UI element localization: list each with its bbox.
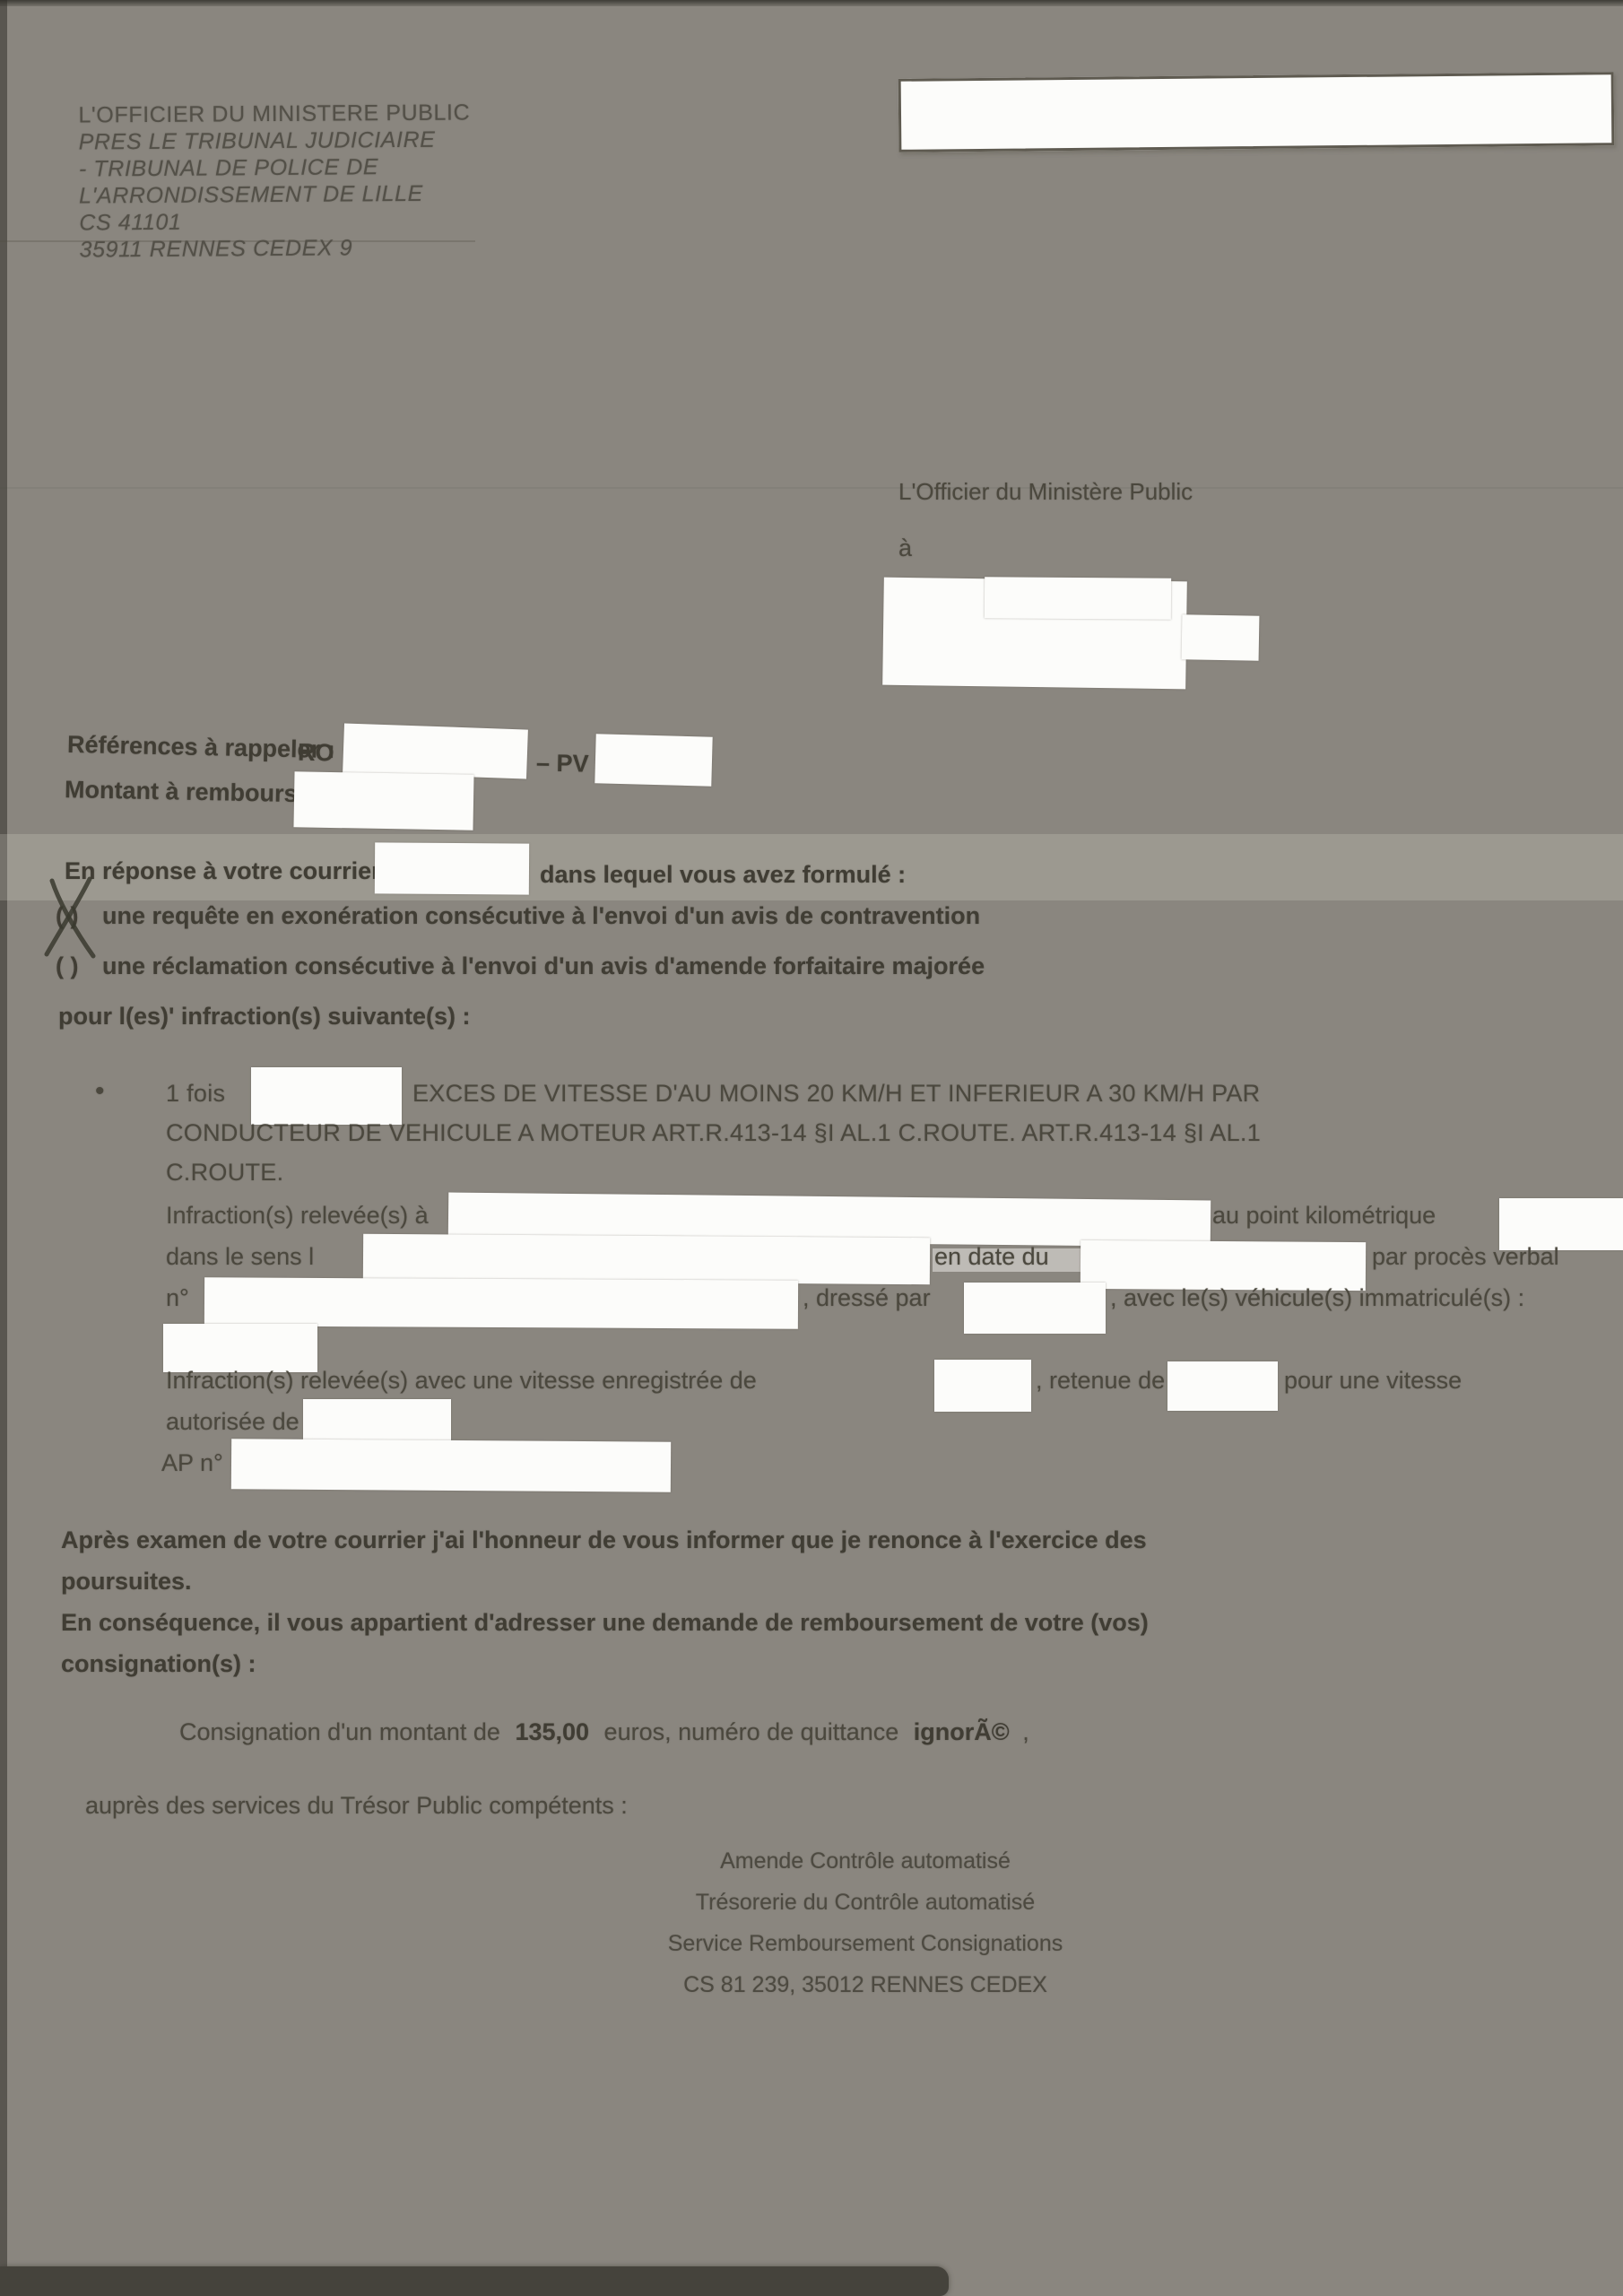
sender-line: - TRIBUNAL DE POLICE DE	[79, 152, 471, 182]
redaction-box-courrier-date	[375, 842, 529, 894]
scan-edge-left	[0, 0, 7, 2296]
redaction-box-report-number	[204, 1277, 798, 1328]
sender-line: PRES LE TRIBUNAL JUDICIAIRE	[79, 126, 471, 155]
decision-line3: En conséquence, il vous appartient d'adr…	[61, 1609, 1149, 1637]
treasury-line: CS 81 239, 35012 RENNES CEDEX	[386, 1964, 1345, 2005]
redaction-box-natinf	[251, 1067, 402, 1125]
treasury-address-block: Amende Contrôle automatisé Trésorerie du…	[386, 1840, 1345, 2005]
speed-authorized-label: autorisée de	[166, 1408, 299, 1436]
by-report-label: par procès verbal	[1372, 1243, 1559, 1271]
consignment-text: Consignation d'un montant de	[179, 1718, 500, 1745]
scan-line-middle	[0, 487, 1623, 489]
response-before: En réponse à votre courrier	[65, 857, 381, 885]
recipient-prefix: à	[898, 535, 912, 562]
officer-title: L'Officier du Ministère Public	[898, 479, 1193, 506]
sender-line: CS 41101	[79, 206, 471, 236]
redaction-box-plate	[163, 1324, 317, 1372]
infraction-title-line1: EXCES DE VITESSE D'AU MOINS 20 KM/H ET I…	[412, 1080, 1261, 1108]
consignment-text: euros, numéro de quittance	[604, 1718, 899, 1745]
redaction-box-envelope-window	[898, 72, 1615, 152]
report-number-label: n°	[166, 1284, 189, 1312]
redaction-box-recipient	[1182, 614, 1260, 660]
sender-line: 35911 RENNES CEDEX 9	[79, 233, 471, 263]
drawn-by-label: , dressé par	[803, 1284, 931, 1312]
speed-for-label: pour une vitesse	[1284, 1367, 1462, 1395]
redaction-box-speed-recorded	[934, 1360, 1031, 1412]
direction-label: dans le sens l	[166, 1243, 314, 1271]
references-label: Références à rappeler :	[67, 731, 335, 764]
sender-line: L'ARRONDISSEMENT DE LILLE	[79, 179, 471, 209]
infraction-title-line3: C.ROUTE.	[166, 1159, 283, 1187]
scan-edge-top	[0, 0, 1623, 6]
located-at-label: Infraction(s) relevée(s) à	[166, 1202, 429, 1230]
redaction-box-ap-number	[231, 1439, 671, 1492]
at-km-label: au point kilométrique	[1212, 1202, 1436, 1230]
closing-line: auprès des services du Trésor Public com…	[85, 1792, 628, 1820]
bullet-icon: •	[95, 1076, 105, 1108]
redaction-box-recipient	[985, 577, 1171, 619]
sender-address-block: L'OFFICIER DU MINISTERE PUBLIC PRES LE T…	[78, 99, 471, 263]
redaction-box-direction	[363, 1234, 930, 1284]
decision-line2: poursuites.	[61, 1568, 192, 1596]
on-date-label: en date du	[934, 1243, 1049, 1271]
treasury-line: Amende Contrôle automatisé	[386, 1840, 1345, 1882]
response-after: dans lequel vous avez formulé :	[540, 861, 906, 889]
option1-text: une requête en exonération consécutive à…	[102, 902, 980, 930]
for-infractions-line: pour l(es)' infraction(s) suivante(s) :	[58, 1003, 470, 1031]
consignment-line: Consignation d'un montant de 135,00 euro…	[179, 1718, 1029, 1746]
references-ro-label: RO	[298, 739, 334, 768]
redaction-box-speed-retained	[1167, 1361, 1278, 1411]
scan-smudge-bottom	[0, 2266, 949, 2296]
redaction-box-ro-number	[343, 723, 528, 778]
consignment-receipt-number: ignorÃ©	[914, 1718, 1010, 1745]
with-vehicles-label: , avec le(s) véhicule(s) immatriculé(s) …	[1110, 1284, 1524, 1312]
redaction-box-pv-number	[595, 734, 712, 786]
treasury-line: Trésorerie du Contrôle automatisé	[386, 1882, 1345, 1923]
consignment-trailing: ,	[1022, 1718, 1029, 1745]
infraction-count: 1 fois	[166, 1080, 225, 1108]
option2-text: une réclamation consécutive à l'envoi d'…	[102, 952, 985, 980]
speed-recorded-label: Infraction(s) relevée(s) avec une vitess…	[166, 1367, 757, 1395]
references-pv-label: – PV	[536, 749, 589, 778]
decision-line4: consignation(s) :	[61, 1650, 256, 1678]
consignment-amount: 135,00	[515, 1718, 589, 1745]
treasury-line: Service Remboursement Consignations	[386, 1923, 1345, 1964]
redaction-box-authority	[964, 1283, 1106, 1334]
decision-line1: Après examen de votre courrier j'ai l'ho…	[61, 1526, 1147, 1554]
redaction-box-amount	[293, 771, 473, 830]
ap-number-label: AP n°	[161, 1449, 223, 1477]
redaction-box-date	[1081, 1240, 1366, 1291]
speed-retained-label: , retenue de	[1036, 1367, 1165, 1395]
infraction-title-line2: CONDUCTEUR DE VEHICULE A MOTEUR ART.R.41…	[166, 1119, 1261, 1147]
sender-line: L'OFFICIER DU MINISTERE PUBLIC	[78, 99, 470, 128]
option2-parentheses: ( )	[56, 952, 78, 980]
scanned-letter-page: L'OFFICIER DU MINISTERE PUBLIC PRES LE T…	[0, 0, 1623, 2296]
